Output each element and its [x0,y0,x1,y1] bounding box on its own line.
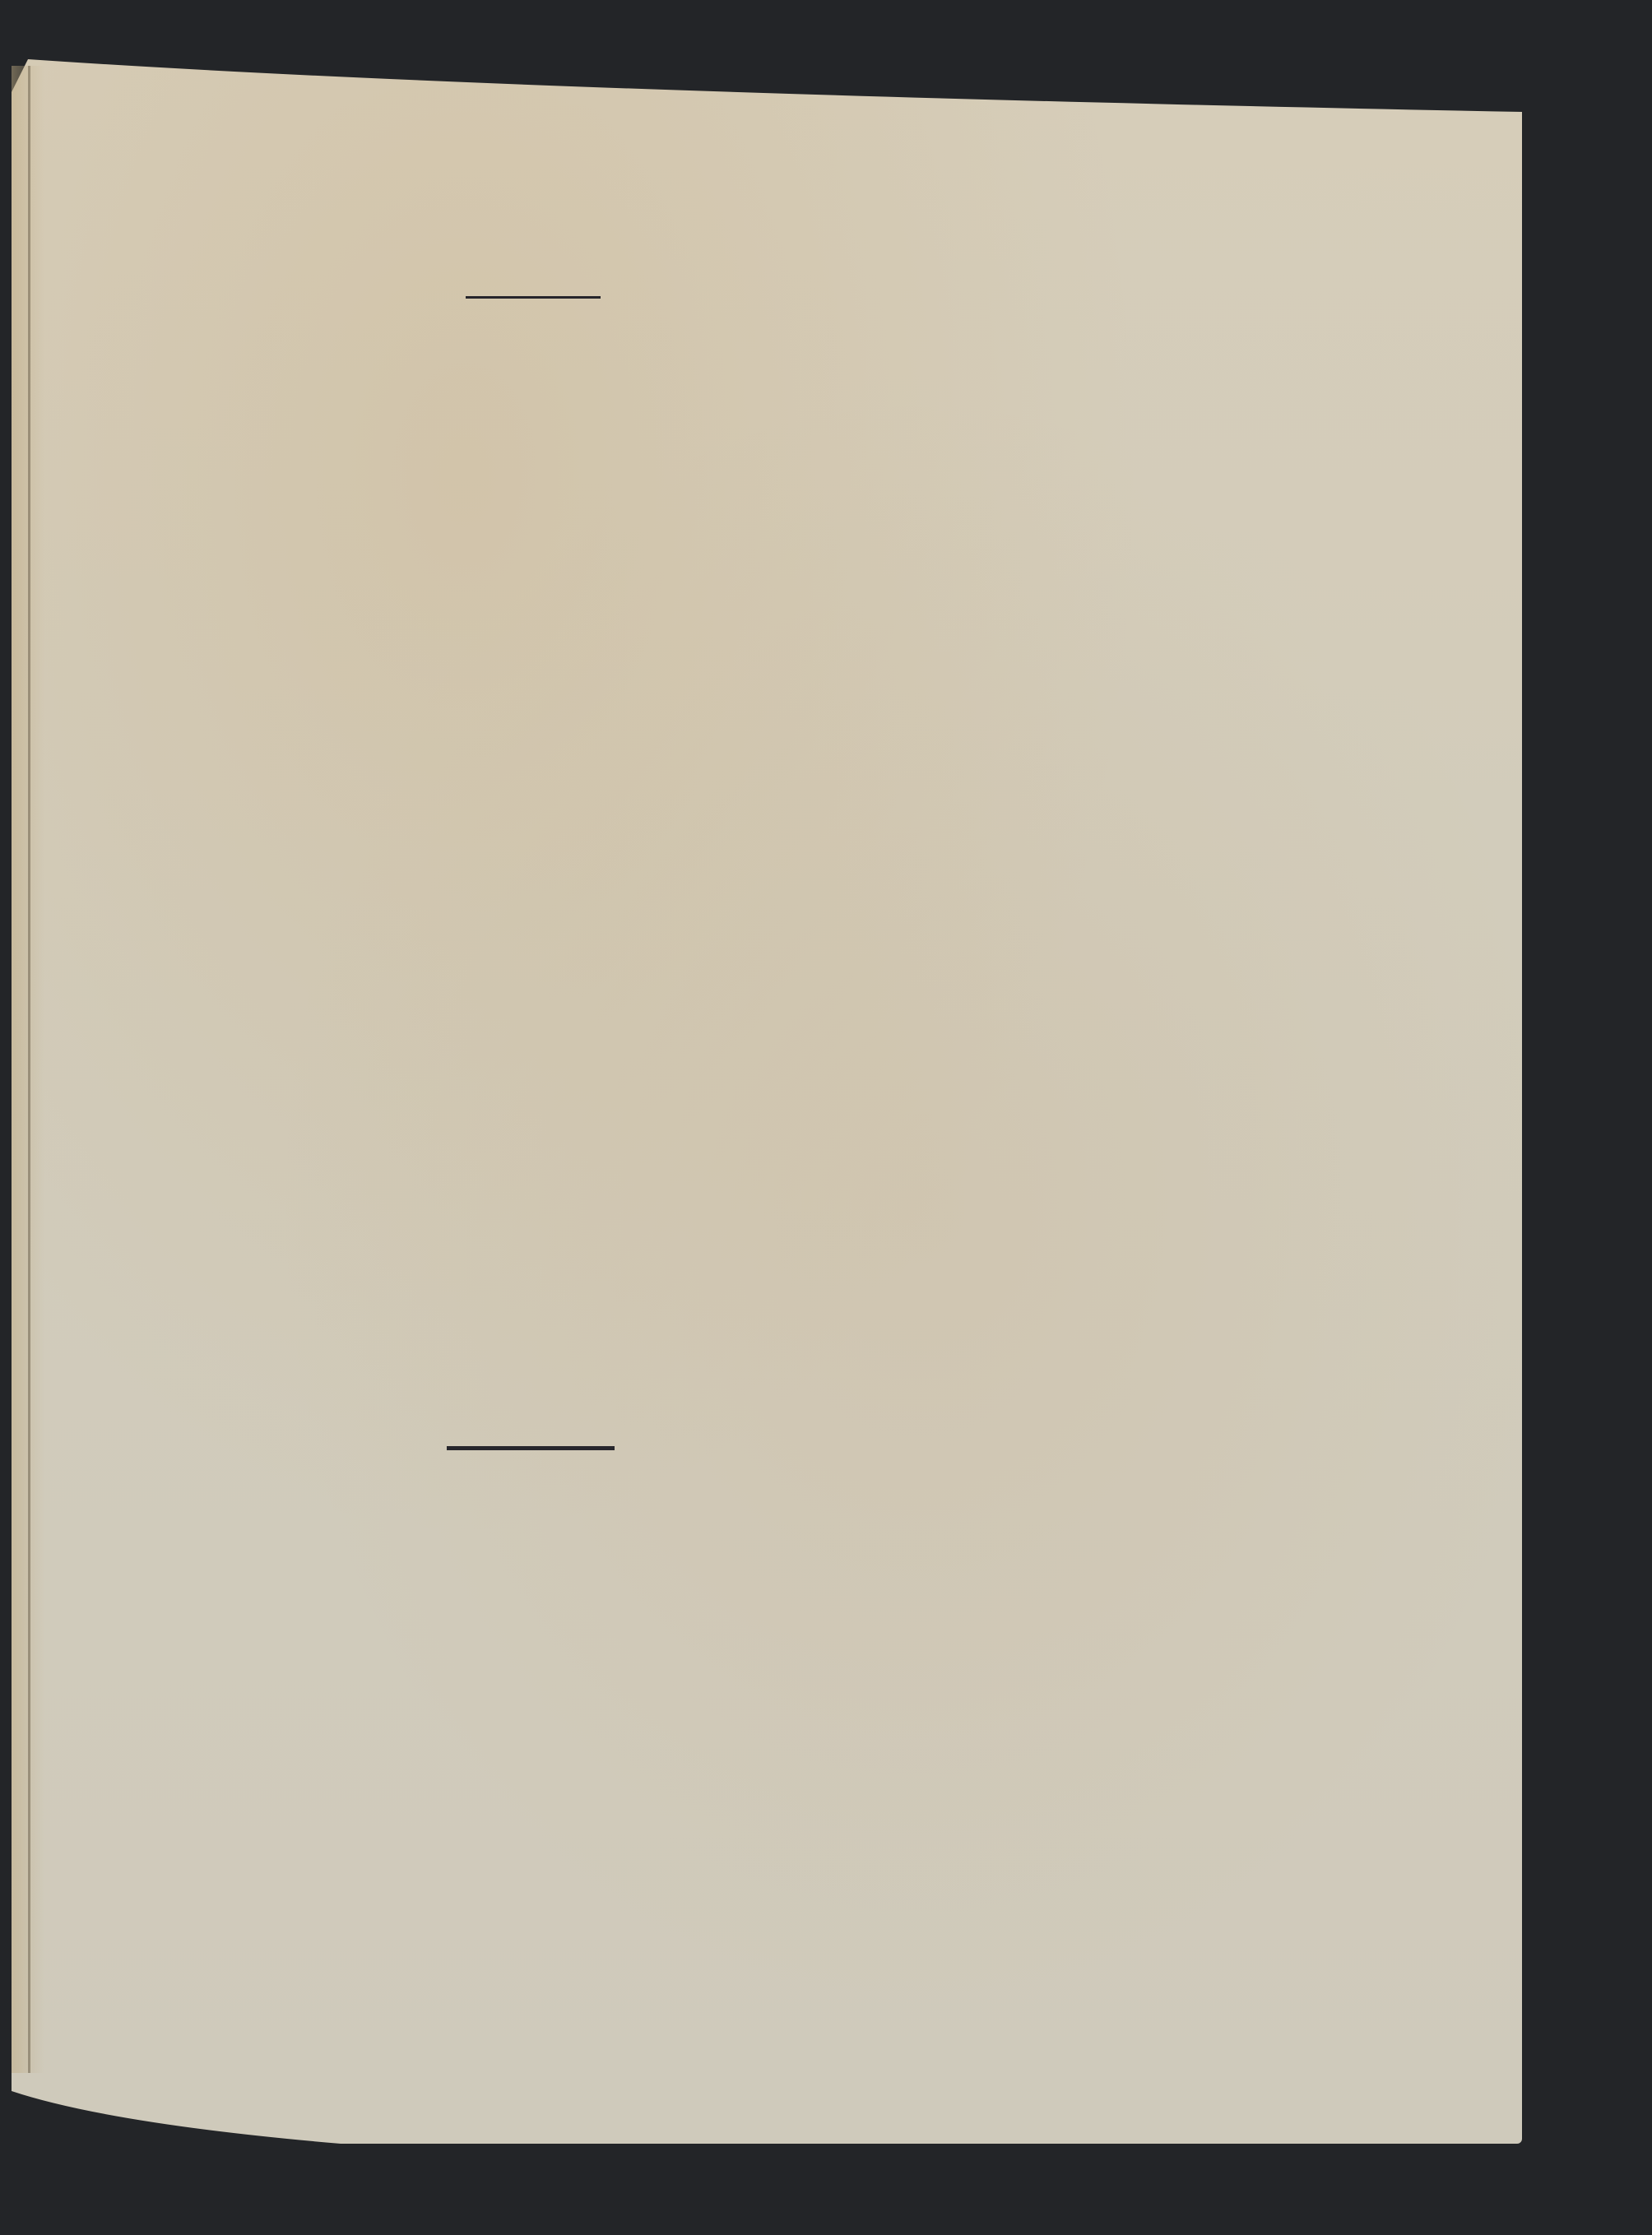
text-line [111,813,958,859]
text-line [111,1273,958,1319]
text-line [111,1319,958,1366]
text-line [111,767,958,813]
text-line [111,490,958,536]
text-line [111,1135,958,1181]
species-heading [189,1456,782,1501]
binding-edge [28,66,30,2073]
text-line [111,1089,958,1135]
text-line [111,536,958,582]
text-line [111,859,958,905]
text-line [111,675,958,721]
text-line [111,1043,958,1089]
text-line [111,628,958,675]
section-divider [447,1446,615,1450]
text-line [111,997,958,1043]
text-line [111,582,958,628]
text-line [111,352,958,398]
text-line [111,306,958,352]
text-line [111,1227,958,1273]
text-line [111,398,958,444]
text-line [111,721,958,767]
text-line [111,444,958,490]
text-line [111,1366,958,1412]
text-line [111,905,958,951]
text-line [111,1181,958,1227]
text-line [111,951,958,997]
page-number-rule [466,296,601,299]
